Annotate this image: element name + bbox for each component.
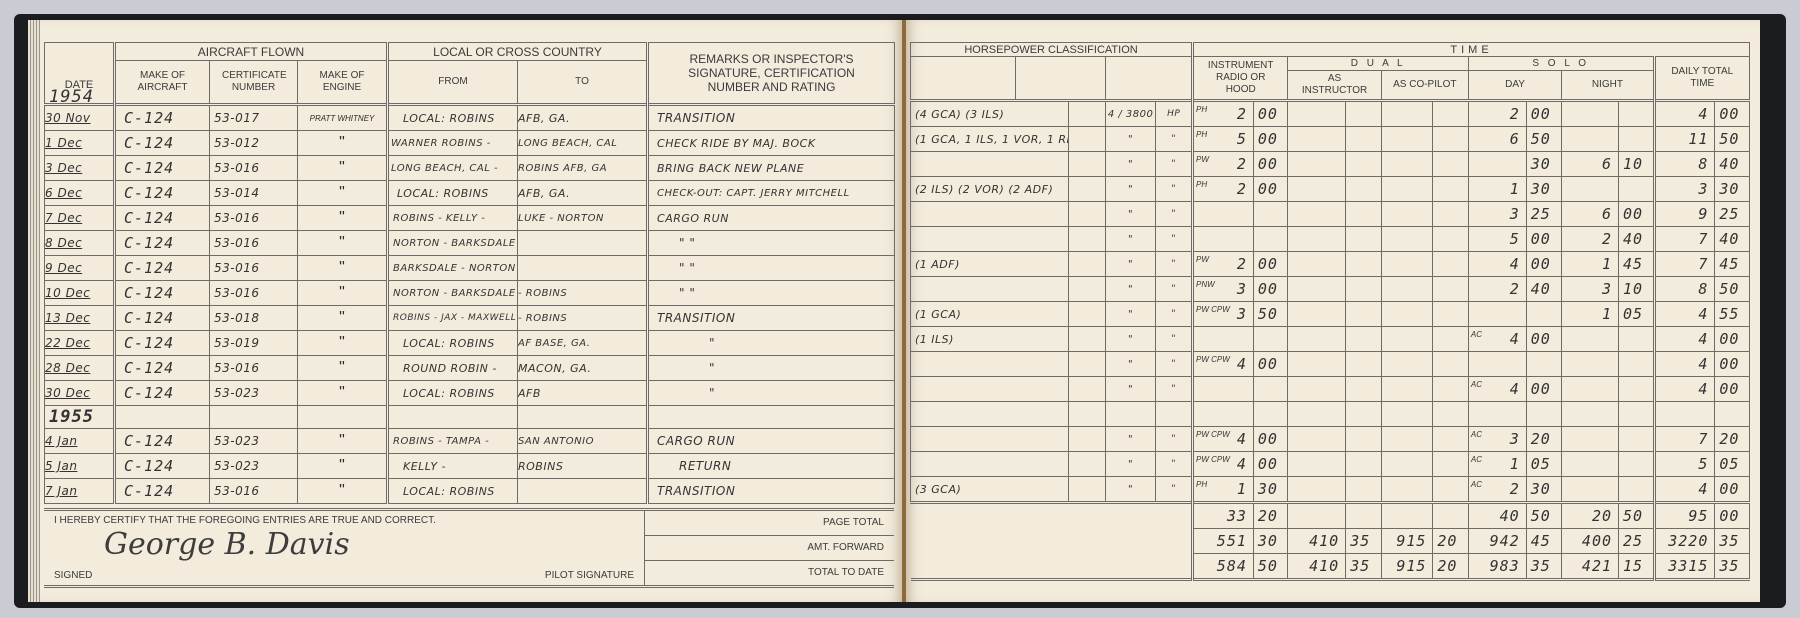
date-cell: 13 Dec <box>45 306 115 331</box>
night-mins-cell: 10 <box>1619 152 1655 177</box>
date-cell: 6 Dec <box>45 181 115 206</box>
approaches-cell <box>911 402 1069 427</box>
log-row: 28 Dec C-124 53-016 " ROUND ROBIN - MACO… <box>45 356 895 381</box>
horsepower-header: HORSEPOWER CLASSIFICATION <box>911 43 1193 57</box>
night-header: NIGHT <box>1562 71 1654 101</box>
day-hours-cell <box>1468 152 1526 177</box>
from-cell: BARKSDALE - NORTON <box>388 256 518 281</box>
day-mins-cell: 40 <box>1526 277 1562 302</box>
log-row: 30 Nov C-124 53-017 PRATT WHITNEY LOCAL:… <box>45 105 895 131</box>
day-mins-cell: 05 <box>1526 452 1562 477</box>
date-cell: 7 Dec <box>45 206 115 231</box>
night-hours-cell: 2 <box>1562 227 1619 252</box>
day-hours-cell: 6 <box>1468 127 1526 152</box>
instrument-mins-cell <box>1253 402 1287 427</box>
approaches-cell: (4 GCA) (3 ILS) <box>911 101 1069 127</box>
aircraft-cell: C-124 <box>115 231 210 256</box>
amt-forward-label: AMT. FORWARD <box>645 536 894 561</box>
approaches-cell: (1 GCA) <box>911 302 1069 327</box>
instrument-mins-cell: 00 <box>1253 427 1287 452</box>
time-row: (2 ILS) (2 VOR) (2 ADF)""PH200130330 <box>911 177 1750 202</box>
daily-total-hours-cell: 8 <box>1654 152 1715 177</box>
amt-forward-daily-mins: 35 <box>1715 529 1750 554</box>
remarks-cell: " " <box>648 256 895 281</box>
approaches-cell <box>911 152 1069 177</box>
engine-cell: " <box>298 381 388 406</box>
right-log-table: HORSEPOWER CLASSIFICATION TIME INSTRUMEN… <box>910 42 1750 581</box>
instrument-mins-cell: 00 <box>1253 277 1287 302</box>
aircraft-cell: C-124 <box>115 479 210 504</box>
cert-cell: 53-016 <box>210 231 298 256</box>
aircraft-cell: C-124 <box>115 131 210 156</box>
amt-forward-day-mins: 45 <box>1526 529 1562 554</box>
hp-cell: " <box>1156 302 1193 327</box>
log-row: 7 Jan C-124 53-016 " LOCAL: ROBINS TRANS… <box>45 479 895 504</box>
amt-forward-instrument-mins: 30 <box>1253 529 1287 554</box>
approaches-cell <box>911 277 1069 302</box>
log-row: 7 Dec C-124 53-016 " ROBINS - KELLY - LU… <box>45 206 895 231</box>
page-total-copilot-mins <box>1433 503 1469 529</box>
total-to-date-instrument-mins: 50 <box>1253 554 1287 580</box>
aircraft-cell: C-124 <box>115 306 210 331</box>
date-cell: 10 Dec <box>45 281 115 306</box>
approaches-cell: (1 GCA, 1 ILS, 1 VOR, 1 RNGE) <box>911 127 1069 152</box>
as-copilot-header: AS CO-PILOT <box>1381 71 1468 101</box>
total-to-date-copilot-mins: 20 <box>1433 554 1469 580</box>
instrument-header: INSTRUMENT RADIO OR HOOD <box>1193 57 1288 101</box>
hp-cell: " <box>1156 452 1193 477</box>
daily-total-mins-cell: 00 <box>1715 477 1750 503</box>
instrument-hours-cell: PNW3 <box>1193 277 1254 302</box>
date-cell: 1 Dec <box>45 131 115 156</box>
engine-cell: " <box>298 429 388 454</box>
pilot-signature: George B. Davis <box>104 527 350 562</box>
day-note: AC <box>1469 455 1482 464</box>
instrument-hours-cell: PW CPW4 <box>1193 427 1254 452</box>
instrument-mins-cell: 30 <box>1253 477 1287 503</box>
to-cell: AFB, GA. <box>518 105 648 131</box>
day-note: AC <box>1469 430 1482 439</box>
day-hours-cell: AC1 <box>1468 452 1526 477</box>
instrument-mins-cell: 00 <box>1253 152 1287 177</box>
time-row: ""PW CPW400AC105505 <box>911 452 1750 477</box>
certificate-number-header: CERTIFICATE NUMBER <box>210 61 298 105</box>
time-row: (1 ILS)""AC400400 <box>911 327 1750 352</box>
engine-cell: PRATT WHITNEY <box>298 105 388 131</box>
from-cell: ROBINS - TAMPA - <box>388 429 518 454</box>
page-total-copilot-hours <box>1381 503 1433 529</box>
amt-forward-row: 551 30 410 35 915 20 942 45 400 25 3220 … <box>911 529 1750 554</box>
day-mins-cell <box>1526 302 1562 327</box>
night-mins-cell <box>1619 127 1655 152</box>
date-header: DATE 1954 <box>45 43 115 105</box>
day-mins-cell: 00 <box>1526 252 1562 277</box>
remarks-cell: CHECK RIDE BY MAJ. BOCK <box>648 131 895 156</box>
night-hours-cell <box>1562 377 1619 402</box>
day-mins-cell <box>1526 352 1562 377</box>
day-mins-cell: 00 <box>1526 227 1562 252</box>
remarks-cell: TRANSITION <box>648 306 895 331</box>
page-total-night-mins: 50 <box>1619 503 1655 529</box>
cert-cell: 53-016 <box>210 206 298 231</box>
engines-cell: " <box>1105 327 1156 352</box>
hp-cell: " <box>1156 127 1193 152</box>
to-cell: - ROBINS <box>518 281 648 306</box>
instrument-hours-cell <box>1193 402 1254 427</box>
instrument-hours-cell <box>1193 377 1254 402</box>
night-mins-cell <box>1619 177 1655 202</box>
daily-total-mins-cell: 50 <box>1715 277 1750 302</box>
instrument-mins-cell: 00 <box>1253 252 1287 277</box>
cert-cell: 53-023 <box>210 429 298 454</box>
cert-cell: 53-016 <box>210 156 298 181</box>
daily-total-hours-cell: 4 <box>1654 352 1715 377</box>
day-mins-cell: 00 <box>1526 101 1562 127</box>
instrument-hours-cell: PW2 <box>1193 252 1254 277</box>
daily-total-mins-cell <box>1715 402 1750 427</box>
remarks-cell: CARGO RUN <box>648 429 895 454</box>
daily-total-hours-cell <box>1654 402 1715 427</box>
from-cell: LOCAL: ROBINS <box>388 479 518 504</box>
day-hours-cell: 1 <box>1468 177 1526 202</box>
aircraft-cell: C-124 <box>115 256 210 281</box>
hp-cell: " <box>1156 277 1193 302</box>
approaches-cell <box>911 427 1069 452</box>
amt-forward-instructor-mins: 35 <box>1346 529 1382 554</box>
engines-cell: " <box>1105 352 1156 377</box>
engines-cell: " <box>1105 427 1156 452</box>
engine-cell: " <box>298 256 388 281</box>
day-hours-cell: AC4 <box>1468 377 1526 402</box>
daily-total-hours-cell: 8 <box>1654 277 1715 302</box>
page-total-label: PAGE TOTAL <box>645 511 894 536</box>
engines-cell: " <box>1105 302 1156 327</box>
day-hours-cell <box>1468 402 1526 427</box>
engine-cell: " <box>298 231 388 256</box>
night-hours-cell <box>1562 177 1619 202</box>
engines-cell <box>1105 402 1156 427</box>
engine-cell: " <box>298 454 388 479</box>
date-cell: 30 Dec <box>45 381 115 406</box>
to-cell: SAN ANTONIO <box>518 429 648 454</box>
remarks-cell: " <box>648 331 895 356</box>
night-mins-cell <box>1619 101 1655 127</box>
instrument-mins-cell: 50 <box>1253 302 1287 327</box>
approaches-cell <box>911 377 1069 402</box>
hp-cell: " <box>1156 377 1193 402</box>
instrument-mins-cell <box>1253 377 1287 402</box>
from-cell: KELLY - <box>388 454 518 479</box>
from-cell: WARNER ROBINS - <box>388 131 518 156</box>
cert-cell: 53-016 <box>210 479 298 504</box>
to-cell: AFB, GA. <box>518 181 648 206</box>
instrument-hours-cell: PH2 <box>1193 101 1254 127</box>
certify-text: I HEREBY CERTIFY THAT THE FOREGOING ENTR… <box>54 515 436 526</box>
instrument-hours-cell <box>1193 227 1254 252</box>
amt-forward-night-hours: 400 <box>1562 529 1619 554</box>
from-cell: ROBINS - KELLY - <box>388 206 518 231</box>
instrument-mins-cell: 00 <box>1253 127 1287 152</box>
from-cell: LONG BEACH, CAL - <box>388 156 518 181</box>
remarks-cell: TRANSITION <box>648 105 895 131</box>
solo-header: S O L O <box>1468 57 1654 71</box>
instrument-hours-cell <box>1193 327 1254 352</box>
cert-cell: 53-019 <box>210 331 298 356</box>
log-row: 13 Dec C-124 53-018 " ROBINS - JAX - MAX… <box>45 306 895 331</box>
remarks-cell: CARGO RUN <box>648 206 895 231</box>
log-row: 6 Dec C-124 53-014 " LOCAL: ROBINS AFB, … <box>45 181 895 206</box>
engines-cell: 4 / 3800 <box>1105 101 1156 127</box>
instrument-note: PW CPW <box>1194 430 1230 439</box>
night-hours-cell: 3 <box>1562 277 1619 302</box>
remarks-cell: BRING BACK NEW PLANE <box>648 156 895 181</box>
amt-forward-copilot-hours: 915 <box>1381 529 1433 554</box>
right-page: HORSEPOWER CLASSIFICATION TIME INSTRUMEN… <box>906 20 1760 602</box>
daily-total-hours-cell: 4 <box>1654 302 1715 327</box>
instrument-hours-cell: PH5 <box>1193 127 1254 152</box>
engine-cell: " <box>298 479 388 504</box>
from-cell: LOCAL: ROBINS <box>388 381 518 406</box>
pilot-signature-label: PILOT SIGNATURE <box>545 570 634 581</box>
to-cell: LUKE - NORTON <box>518 206 648 231</box>
hp-cell: " <box>1156 427 1193 452</box>
day-hours-cell: AC2 <box>1468 477 1526 503</box>
signed-label: SIGNED <box>54 570 92 581</box>
engines-cell: " <box>1105 477 1156 503</box>
night-hours-cell <box>1562 427 1619 452</box>
time-row: (1 ADF)""PW200400145745 <box>911 252 1750 277</box>
time-header: TIME <box>1193 43 1750 57</box>
instrument-mins-cell <box>1253 327 1287 352</box>
instrument-note: PW <box>1194 155 1209 164</box>
instrument-mins-cell: 00 <box>1253 101 1287 127</box>
date-cell: 28 Dec <box>45 356 115 381</box>
page-total-day-mins: 50 <box>1526 503 1562 529</box>
day-note: AC <box>1469 330 1482 339</box>
night-mins-cell: 05 <box>1619 302 1655 327</box>
aircraft-cell: C-124 <box>115 156 210 181</box>
night-mins-cell: 00 <box>1619 202 1655 227</box>
year-label: 1955 <box>45 406 115 429</box>
cert-cell: 53-023 <box>210 381 298 406</box>
make-of-aircraft-header: MAKE OF AIRCRAFT <box>115 61 210 105</box>
time-row: (1 GCA, 1 ILS, 1 VOR, 1 RNGE)""PH5006501… <box>911 127 1750 152</box>
approaches-cell: (1 ILS) <box>911 327 1069 352</box>
daily-total-hours-cell: 5 <box>1654 452 1715 477</box>
instrument-hours-cell: PW CPW3 <box>1193 302 1254 327</box>
from-cell: NORTON - BARKSDALE <box>388 231 518 256</box>
engines-cell: " <box>1105 127 1156 152</box>
amt-forward-copilot-mins: 20 <box>1433 529 1469 554</box>
night-mins-cell: 45 <box>1619 252 1655 277</box>
engine-cell: " <box>298 306 388 331</box>
instrument-note: PNW <box>1194 280 1215 289</box>
daily-total-mins-cell: 50 <box>1715 127 1750 152</box>
night-hours-cell <box>1562 327 1619 352</box>
instrument-mins-cell: 00 <box>1253 352 1287 377</box>
daily-total-mins-cell: 40 <box>1715 152 1750 177</box>
instrument-note: PW CPW <box>1194 305 1230 314</box>
date-cell: 8 Dec <box>45 231 115 256</box>
certification-footer: I HEREBY CERTIFY THAT THE FOREGOING ENTR… <box>44 508 894 588</box>
dual-header: D U A L <box>1288 57 1469 71</box>
local-cross-country-header: LOCAL OR CROSS COUNTRY <box>388 43 648 61</box>
date-cell: 22 Dec <box>45 331 115 356</box>
daily-total-hours-cell: 11 <box>1654 127 1715 152</box>
night-mins-cell <box>1619 427 1655 452</box>
instrument-hours-cell: PW CPW4 <box>1193 352 1254 377</box>
total-to-date-daily-hours: 3315 <box>1654 554 1715 580</box>
approaches-cell <box>911 202 1069 227</box>
to-cell: ROBINS AFB, GA <box>518 156 648 181</box>
total-to-date-daily-mins: 35 <box>1715 554 1750 580</box>
page-total-instrument-mins: 20 <box>1253 503 1287 529</box>
instrument-mins-cell <box>1253 227 1287 252</box>
daily-total-mins-cell: 00 <box>1715 327 1750 352</box>
remarks-cell: TRANSITION <box>648 479 895 504</box>
instrument-note: PW CPW <box>1194 455 1230 464</box>
hp-cell: " <box>1156 252 1193 277</box>
total-to-date-day-hours: 983 <box>1468 554 1526 580</box>
hp-cell: " <box>1156 227 1193 252</box>
night-mins-cell: 40 <box>1619 227 1655 252</box>
aircraft-cell: C-124 <box>115 381 210 406</box>
day-mins-cell: 50 <box>1526 127 1562 152</box>
engine-cell: " <box>298 181 388 206</box>
approaches-cell: (1 ADF) <box>911 252 1069 277</box>
total-to-date-label: TOTAL TO DATE <box>645 561 894 585</box>
hp-cell: HP <box>1156 101 1193 127</box>
hp-cell <box>1156 402 1193 427</box>
instrument-note: PH <box>1194 130 1207 139</box>
time-row: ""325600925 <box>911 202 1750 227</box>
time-row <box>911 402 1750 427</box>
instrument-mins-cell: 00 <box>1253 177 1287 202</box>
date-cell: 5 Jan <box>45 454 115 479</box>
daily-total-mins-cell: 55 <box>1715 302 1750 327</box>
daily-total-mins-cell: 25 <box>1715 202 1750 227</box>
instrument-note: PW CPW <box>1194 355 1230 364</box>
date-cell: 30 Nov <box>45 105 115 131</box>
day-hours-cell <box>1468 352 1526 377</box>
night-hours-cell: 1 <box>1562 302 1619 327</box>
page-total-day-hours: 40 <box>1468 503 1526 529</box>
night-mins-cell <box>1619 452 1655 477</box>
night-mins-cell <box>1619 402 1655 427</box>
date-cell: 9 Dec <box>45 256 115 281</box>
day-mins-cell: 25 <box>1526 202 1562 227</box>
total-to-date-day-mins: 35 <box>1526 554 1562 580</box>
night-hours-cell <box>1562 127 1619 152</box>
total-to-date-row: 584 50 410 35 915 20 983 35 421 15 3315 … <box>911 554 1750 580</box>
day-header: DAY <box>1468 71 1561 101</box>
page-total-night-hours: 20 <box>1562 503 1619 529</box>
daily-total-mins-cell: 00 <box>1715 101 1750 127</box>
day-hours-cell: 2 <box>1468 277 1526 302</box>
night-hours-cell <box>1562 452 1619 477</box>
aircraft-cell: C-124 <box>115 105 210 131</box>
engine-cell: " <box>298 156 388 181</box>
as-instructor-header: AS INSTRUCTOR <box>1288 71 1381 101</box>
aircraft-cell: C-124 <box>115 429 210 454</box>
engines-cell: " <box>1105 252 1156 277</box>
aircraft-cell: C-124 <box>115 206 210 231</box>
amt-forward-instructor-hours: 410 <box>1288 529 1346 554</box>
log-row: 4 Jan C-124 53-023 " ROBINS - TAMPA - SA… <box>45 429 895 454</box>
amt-forward-day-hours: 942 <box>1468 529 1526 554</box>
night-hours-cell <box>1562 101 1619 127</box>
daily-total-hours-cell: 4 <box>1654 477 1715 503</box>
aircraft-cell: C-124 <box>115 454 210 479</box>
date-cell: 4 Jan <box>45 429 115 454</box>
instrument-hours-cell <box>1193 202 1254 227</box>
log-row: 30 Dec C-124 53-023 " LOCAL: ROBINS AFB … <box>45 381 895 406</box>
day-hours-cell: 3 <box>1468 202 1526 227</box>
hp-cell: " <box>1156 202 1193 227</box>
day-mins-cell <box>1526 402 1562 427</box>
day-mins-cell: 30 <box>1526 177 1562 202</box>
engine-cell: " <box>298 206 388 231</box>
day-mins-cell: 30 <box>1526 477 1562 503</box>
to-cell: ROBINS <box>518 454 648 479</box>
daily-total-mins-cell: 05 <box>1715 452 1750 477</box>
engines-cell: " <box>1105 452 1156 477</box>
day-mins-cell: 00 <box>1526 377 1562 402</box>
time-row: ""PW20030610840 <box>911 152 1750 177</box>
engine-cell: " <box>298 131 388 156</box>
log-row: 5 Jan C-124 53-023 " KELLY - ROBINS RETU… <box>45 454 895 479</box>
log-row: 8 Dec C-124 53-016 " NORTON - BARKSDALE … <box>45 231 895 256</box>
hp-cell: " <box>1156 477 1193 503</box>
left-log-table: DATE 1954 AIRCRAFT FLOWN LOCAL OR CROSS … <box>44 42 895 504</box>
day-note: AC <box>1469 480 1482 489</box>
log-row: 3 Dec C-124 53-016 " LONG BEACH, CAL - R… <box>45 156 895 181</box>
left-page: DATE 1954 AIRCRAFT FLOWN LOCAL OR CROSS … <box>40 20 902 602</box>
night-hours-cell: 6 <box>1562 202 1619 227</box>
total-to-date-instrument-hours: 584 <box>1193 554 1254 580</box>
night-mins-cell <box>1619 352 1655 377</box>
log-row: 9 Dec C-124 53-016 " BARKSDALE - NORTON … <box>45 256 895 281</box>
engines-cell: " <box>1105 152 1156 177</box>
to-cell: AFB <box>518 381 648 406</box>
day-mins-cell: 30 <box>1526 152 1562 177</box>
total-to-date-night-hours: 421 <box>1562 554 1619 580</box>
night-hours-cell: 1 <box>1562 252 1619 277</box>
from-cell: ROBINS - JAX - MAXWELL <box>388 306 518 331</box>
cert-cell: 53-017 <box>210 105 298 131</box>
day-note: AC <box>1469 380 1482 389</box>
aircraft-cell: C-124 <box>115 281 210 306</box>
date-cell: 3 Dec <box>45 156 115 181</box>
cert-cell: 53-014 <box>210 181 298 206</box>
engines-cell: " <box>1105 277 1156 302</box>
remarks-header: REMARKS OR INSPECTOR'S SIGNATURE, CERTIF… <box>648 43 895 105</box>
to-cell: LONG BEACH, CAL <box>518 131 648 156</box>
time-row: (1 GCA)""PW CPW350105455 <box>911 302 1750 327</box>
time-row: ""PNW300240310850 <box>911 277 1750 302</box>
night-hours-cell <box>1562 352 1619 377</box>
daily-total-hours-cell: 7 <box>1654 427 1715 452</box>
total-to-date-instructor-hours: 410 <box>1288 554 1346 580</box>
from-cell: ROUND ROBIN - <box>388 356 518 381</box>
instrument-hours-cell: PH1 <box>1193 477 1254 503</box>
page-total-instructor-mins <box>1346 503 1382 529</box>
from-cell: NORTON - BARKSDALE <box>388 281 518 306</box>
daily-total-hours-cell: 9 <box>1654 202 1715 227</box>
time-row: (4 GCA) (3 ILS)4 / 3800HPPH200200400 <box>911 101 1750 127</box>
cert-cell: 53-023 <box>210 454 298 479</box>
approaches-cell <box>911 452 1069 477</box>
